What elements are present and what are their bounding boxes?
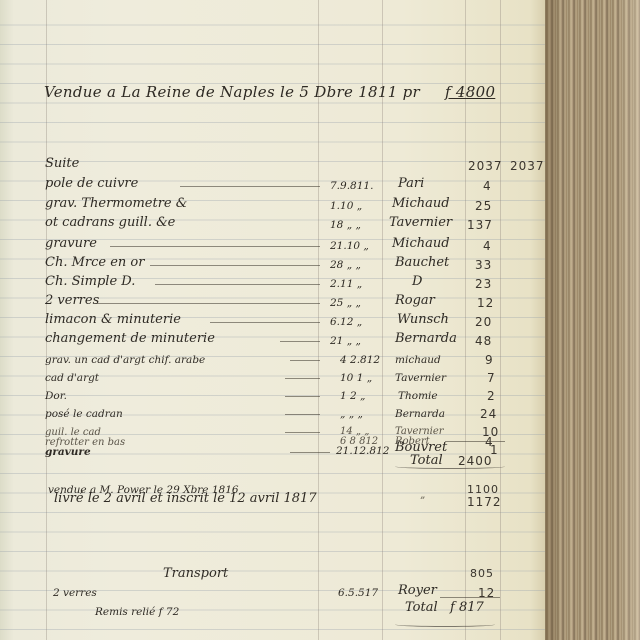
total-wavy-underline [395, 464, 505, 469]
entry-date: 2.11 „ [330, 276, 362, 292]
final-entry-amount: 12 [478, 585, 495, 601]
entry-date: 18 „ „ [330, 217, 361, 233]
entry-worker: Tavernier [395, 370, 446, 386]
page-edge-shadow [545, 0, 640, 640]
entry-item: Ch. Mrce en or [45, 255, 144, 271]
leader-dash [280, 341, 320, 342]
sale-amount: 1172 [467, 494, 502, 510]
entry-amount: 2037 [468, 158, 503, 174]
entry-amount: 33 [475, 257, 492, 273]
entry-date: 21 „ „ [330, 333, 361, 349]
entry-item: Ch. Simple D. [45, 274, 135, 290]
leader-dash [290, 452, 330, 453]
final-total-amount: f 817 [450, 600, 484, 616]
entry-worker: Pari [398, 176, 424, 192]
entry-worker: Bernarda [395, 406, 445, 422]
entry-item: Suite [45, 156, 79, 172]
entry-item: ot cadrans guill. &e [45, 215, 175, 231]
leader-dash [285, 378, 320, 379]
total-rule [445, 441, 505, 442]
entry-amount: 137 [467, 217, 493, 233]
entry-item: gravure [45, 444, 91, 460]
entry-worker: Michaud [392, 196, 450, 212]
final-entry-item: 2 verres [53, 585, 97, 601]
transport-amount: 805 [470, 566, 494, 582]
entry-date: 28 „ „ [330, 257, 361, 273]
entry-amount: 25 [475, 198, 492, 214]
entry-item: cad d'argt [45, 370, 99, 386]
leader-dash [155, 284, 320, 285]
entry-date: 10 1 „ [340, 370, 372, 386]
final-entry-date: 6.5.517 [338, 585, 378, 601]
entry-date: 1 2 „ [340, 388, 365, 404]
leader-dash [180, 186, 320, 187]
entry-worker: Thomie [398, 388, 438, 404]
final-total-rule [440, 597, 500, 598]
entry-date: 21.12.812 [336, 443, 389, 459]
entry-date: 1.10 „ [330, 198, 362, 214]
entry-item: pole de cuivre [45, 176, 138, 192]
entry-amount: 23 [475, 276, 492, 292]
sale-line: livré le 2 avril et inscrit le 12 avril … [54, 491, 317, 507]
remis-note: Remis relié f 72 [95, 604, 179, 620]
leader-dash [285, 396, 320, 397]
leader-dash [210, 322, 320, 323]
final-total-label: Total [405, 600, 438, 616]
column-line-carry [500, 0, 501, 640]
entry-amount: 9 [485, 352, 494, 368]
leader-dash [110, 246, 320, 247]
entry-date: 25 „ „ [330, 295, 361, 311]
entry-item: grav. un cad d'argt chif. arabe [45, 352, 205, 368]
entry-item: limacon & minuterie [45, 312, 181, 328]
entry-item: Dor. [45, 388, 67, 404]
entry-amount: 48 [475, 333, 492, 349]
entry-amount: 24 [480, 406, 497, 422]
leader-dash [95, 303, 320, 304]
leader-dash [290, 360, 320, 361]
entry-item: gravure [45, 236, 97, 252]
entry-worker: Bauchet [395, 255, 449, 271]
entry-carry: 2037 [510, 158, 545, 174]
entry-worker: Bernarda [395, 331, 457, 347]
leader-dash [285, 432, 320, 433]
entry-item: 2 verres [45, 293, 99, 309]
entry-date: 7.9.811. [330, 178, 373, 194]
ledger-price: f 4800 [445, 84, 495, 100]
entry-amount: 12 [477, 295, 494, 311]
leader-dash [285, 414, 320, 415]
entry-amount: 4 [483, 238, 492, 254]
entry-worker: Tavernier [389, 215, 452, 231]
entry-worker: D [412, 274, 422, 290]
ledger-heading: Vendue a La Reine de Naples le 5 Dbre 18… [44, 84, 420, 100]
entry-amount: 4 [483, 178, 492, 194]
transport-label: Transport [163, 566, 228, 582]
sale-mark: ” [420, 494, 425, 510]
entry-item: changement de minuterie [45, 331, 215, 347]
entry-date: 21.10 „ [330, 238, 369, 254]
entry-date: „ „ „ [340, 406, 363, 422]
entry-item: grav. Thermometre & [45, 196, 187, 212]
entry-worker: Wunsch [397, 312, 449, 328]
entry-date: 4 2.812 [340, 352, 380, 368]
entry-amount: 2 [487, 388, 496, 404]
entry-worker: michaud [395, 352, 441, 368]
entry-date: 6.12 „ [330, 314, 362, 330]
final-entry-worker: Royer [398, 583, 437, 599]
entry-worker: Rogar [395, 293, 435, 309]
entry-amount: 7 [487, 370, 496, 386]
entry-item: posé le cadran [45, 406, 123, 422]
final-total-wavy-underline [395, 622, 495, 627]
leader-dash [150, 265, 320, 266]
entry-amount: 20 [475, 314, 492, 330]
entry-worker: Michaud [392, 236, 450, 252]
